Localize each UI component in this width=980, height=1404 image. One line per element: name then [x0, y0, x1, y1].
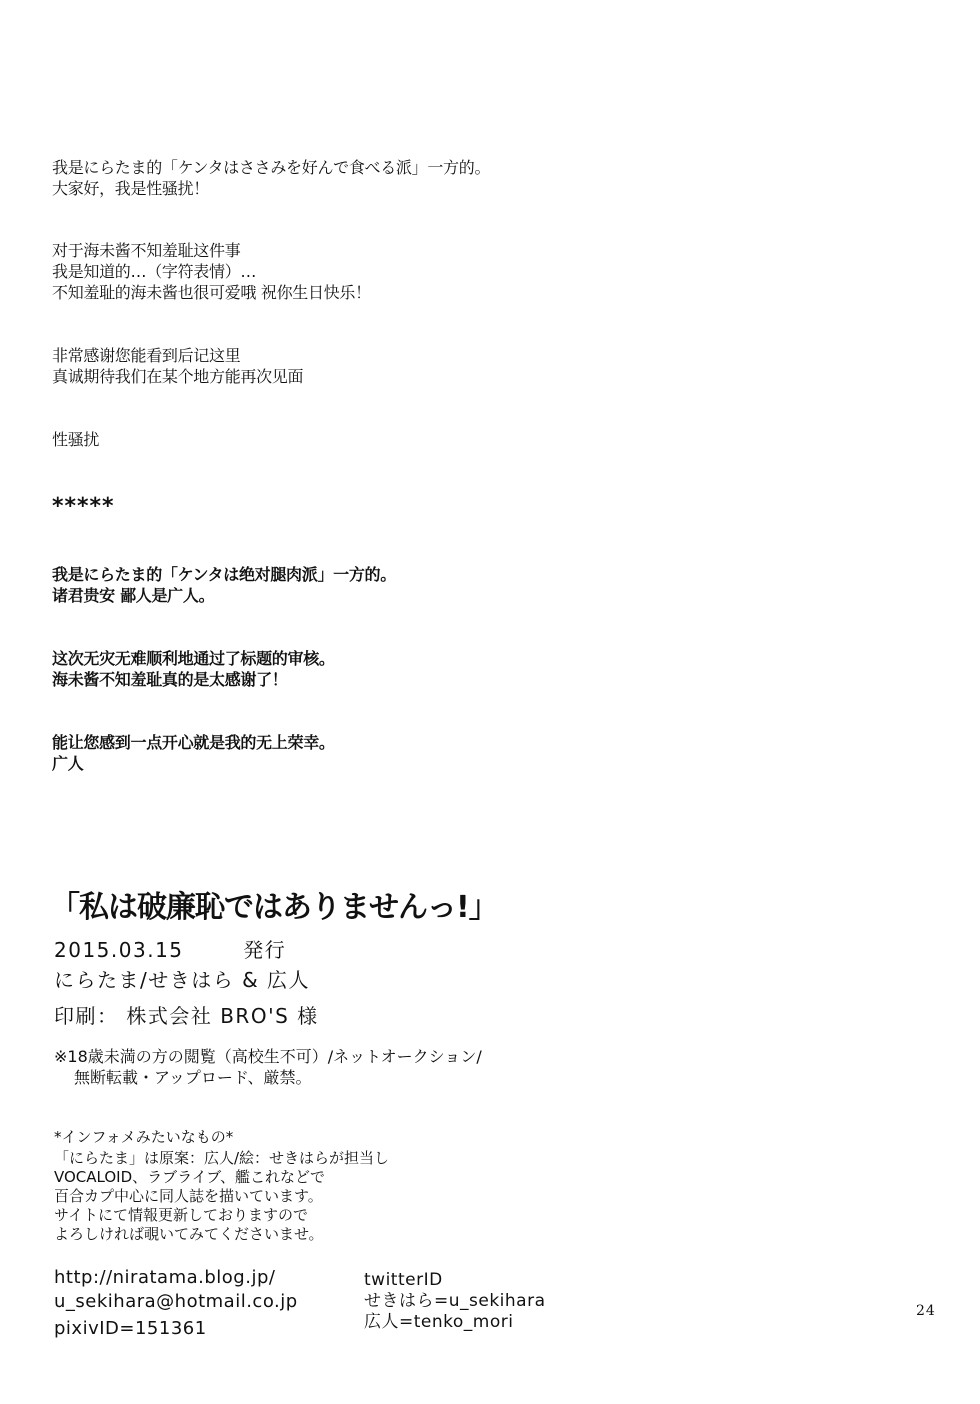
text-line: 海未酱不知羞耻真的是太感谢了！ — [52, 669, 335, 690]
age-restriction-notice: ※18歳未満の方の閲覧（高校生不可）/ネットオークション/ 無断転載・アップロー… — [54, 1046, 482, 1088]
text-line: 我是にらたま的「ケンタは绝对腿肉派」一方的。 — [52, 564, 396, 585]
info-heading: *インフォメみたいなもの* — [54, 1128, 389, 1147]
afterword-paragraph-5: 这次无灾无难顺利地通过了标题的审核。 海未酱不知羞耻真的是太感谢了！ — [52, 648, 335, 690]
website-url: http://niratama.blog.jp/ — [54, 1266, 298, 1290]
printer: 印刷： 株式会社 BRO'S 様 — [54, 1001, 319, 1031]
notice-line: 無断転載・アップロード、厳禁。 — [54, 1067, 482, 1088]
publication-date: 2015.03.15 — [54, 938, 184, 962]
issued-label: 発行 — [243, 938, 286, 962]
text-line: 能让您感到一点开心就是我的无上荣幸。 — [52, 732, 335, 753]
text-line: 诸君贵安 鄙人是广人。 — [52, 585, 396, 606]
info-line: 「にらたま」は原案：広人/絵：せきはらが担当し — [54, 1149, 389, 1168]
afterword-intro-2: 我是にらたま的「ケンタは绝对腿肉派」一方的。 诸君贵安 鄙人是广人。 — [52, 564, 396, 606]
signature-sekihara: 性骚扰 — [52, 429, 99, 450]
text-line: 对于海未酱不知羞耻这件事 — [52, 240, 371, 261]
pixiv-id: pixivID=151361 — [54, 1317, 298, 1341]
info-line: 百合カプ中心に同人誌を描いています。 — [54, 1187, 389, 1206]
colophon-details: 2015.03.15 発行 にらたま/せきはら & 広人 印刷： 株式会社 BR… — [54, 935, 319, 1031]
publication-date-line: 2015.03.15 発行 — [54, 935, 319, 965]
info-line: よろしければ覗いてみてくださいませ。 — [54, 1225, 389, 1244]
circle-info: *インフォメみたいなもの* 「にらたま」は原案：広人/絵：せきはらが担当し VO… — [54, 1128, 389, 1244]
afterword-paragraph-6: 能让您感到一点开心就是我的无上荣幸。 广人 — [52, 732, 335, 774]
text-line: 这次无灾无难顺利地通过了标题的审核。 — [52, 648, 335, 669]
twitter-heading: twitterID — [364, 1270, 546, 1291]
notice-line: ※18歳未満の方の閲覧（高校生不可）/ネットオークション/ — [54, 1046, 482, 1067]
twitter-hiroto: 広人=tenko_mori — [364, 1312, 546, 1333]
text-line: 不知羞耻的海未酱也很可爱哦 祝你生日快乐！ — [52, 282, 371, 303]
afterword-paragraph-2: 对于海未酱不知羞耻这件事 我是知道的…（字符表情）… 不知羞耻的海未酱也很可爱哦… — [52, 240, 371, 303]
text-line: 我是知道的…（字符表情）… — [52, 261, 371, 282]
info-line: サイトにて情報更新しておりますので — [54, 1206, 389, 1225]
text-line: 大家好，我是性骚扰！ — [52, 178, 490, 199]
section-separator: ***** — [52, 494, 115, 519]
signature-hiroto: 广人 — [52, 753, 335, 774]
afterword-paragraph-3: 非常感谢您能看到后记这里 真诚期待我们在某个地方能再次见面 — [52, 345, 303, 387]
afterword-intro-1: 我是にらたま的「ケンタはささみを好んで食べる派」一方的。 大家好，我是性骚扰！ — [52, 157, 490, 199]
email-address: u_sekihara@hotmail.co.jp — [54, 1290, 298, 1314]
authors: にらたま/せきはら & 広人 — [54, 965, 319, 995]
twitter-sekihara: せきはら=u_sekihara — [364, 1291, 546, 1312]
page-number: 24 — [916, 1303, 936, 1319]
text-line: 非常感谢您能看到后记这里 — [52, 345, 303, 366]
text-line: 真诚期待我们在某个地方能再次见面 — [52, 366, 303, 387]
contact-left: http://niratama.blog.jp/ u_sekihara@hotm… — [54, 1266, 298, 1341]
info-line: VOCALOID、ラブライブ、艦これなどで — [54, 1168, 389, 1187]
text-line: 我是にらたま的「ケンタはささみを好んで食べる派」一方的。 — [52, 157, 490, 178]
contact-twitter: twitterID せきはら=u_sekihara 広人=tenko_mori — [364, 1270, 546, 1333]
book-title: 「私は破廉恥ではありませんっ!」 — [50, 882, 498, 926]
